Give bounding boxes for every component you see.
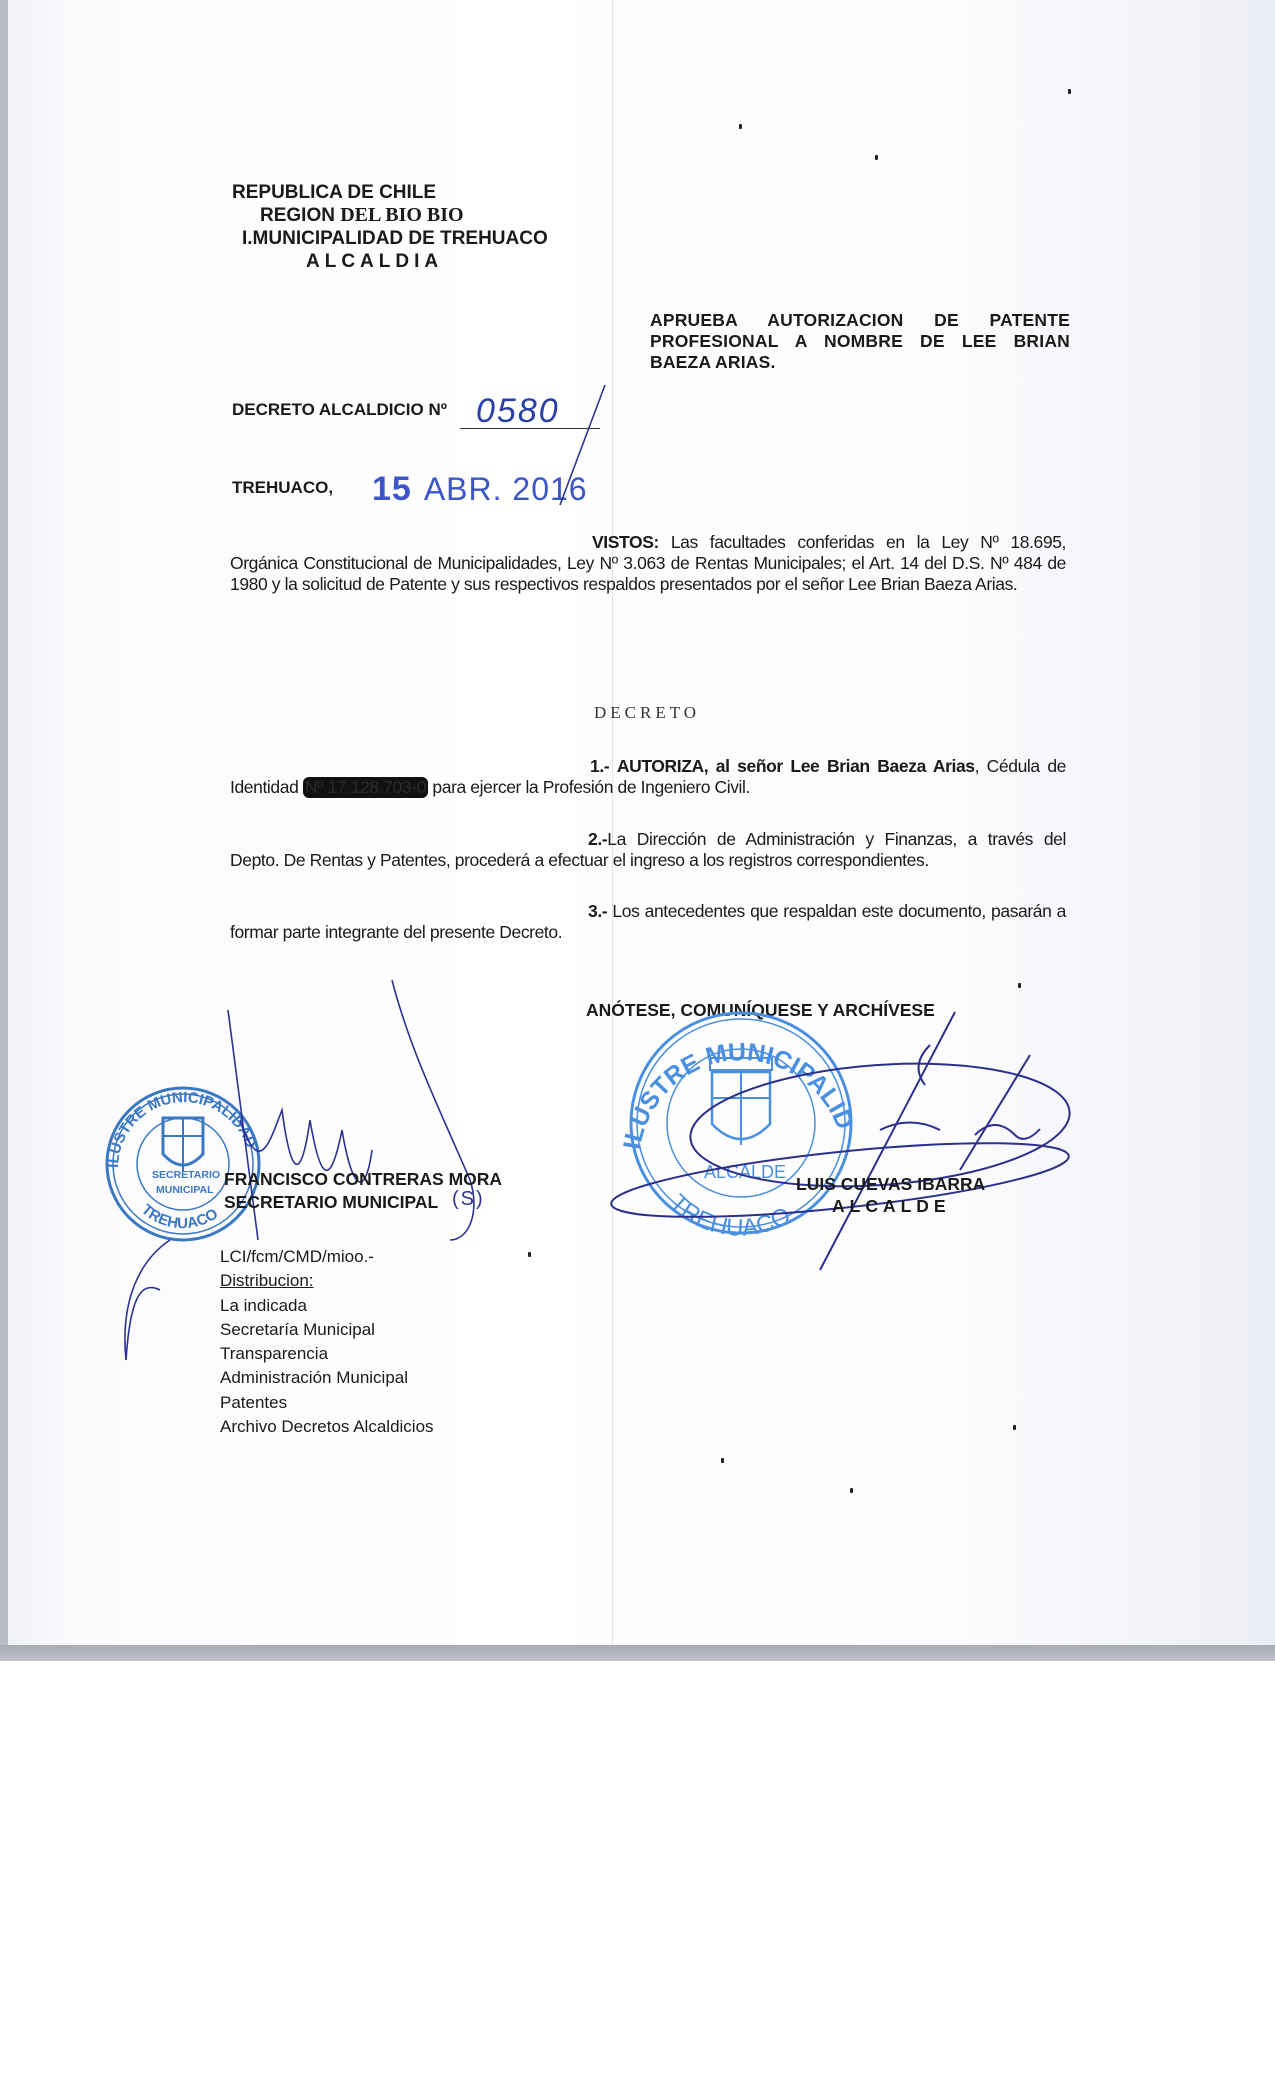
secretary-name: FRANCISCO CONTRERAS MORA <box>224 1169 502 1190</box>
distribution-list: La indicadaSecretaría MunicipalTranspare… <box>220 1294 434 1440</box>
distribution-item: Secretaría Municipal <box>220 1318 434 1342</box>
distribution-label: Distribucion: <box>220 1269 434 1293</box>
secretary-title: SECRETARIO MUNICIPAL <box>224 1192 438 1213</box>
secretary-stamp-center-2: MUNICIPAL <box>156 1184 214 1196</box>
mayor-title: ALCALDE <box>832 1196 951 1217</box>
scan-speck <box>1068 89 1071 94</box>
distribution-block: LCI/fcm/CMD/mioo.- Distribucion: La indi… <box>220 1245 434 1439</box>
distribution-item: La indicada <box>220 1294 434 1318</box>
scan-speck <box>1018 983 1021 988</box>
scan-speck <box>1013 1425 1016 1430</box>
secretary-stamp-ring-bottom: TREHUACO <box>138 1201 221 1232</box>
secretary-stamp-center-1: SECRETARIO <box>152 1169 220 1181</box>
secretary-title-note: (S) <box>452 1188 485 1211</box>
scan-speck <box>739 124 742 129</box>
distribution-item: Archivo Decretos Alcaldicios <box>220 1415 434 1439</box>
scan-speck <box>875 155 878 160</box>
distribution-item: Patentes <box>220 1391 434 1415</box>
mayor-name: LUIS CUEVAS IBARRA <box>796 1174 985 1195</box>
scan-speck <box>850 1488 853 1493</box>
decree-number-slash <box>560 385 605 505</box>
distribution-item: Transparencia <box>220 1342 434 1366</box>
mayor-signature <box>608 1012 1073 1270</box>
mayor-stamp-ring: ILUSTRE MUNICIPALIDAD <box>0 0 859 1151</box>
scan-speck <box>528 1252 531 1257</box>
reference-initials: LCI/fcm/CMD/mioo.- <box>220 1245 434 1269</box>
distribution-item: Administración Municipal <box>220 1366 434 1390</box>
scan-speck <box>721 1458 724 1463</box>
stamps-and-signatures: SECRETARIO MUNICIPAL ILUSTRE MUNICIPALID… <box>0 0 1275 1660</box>
